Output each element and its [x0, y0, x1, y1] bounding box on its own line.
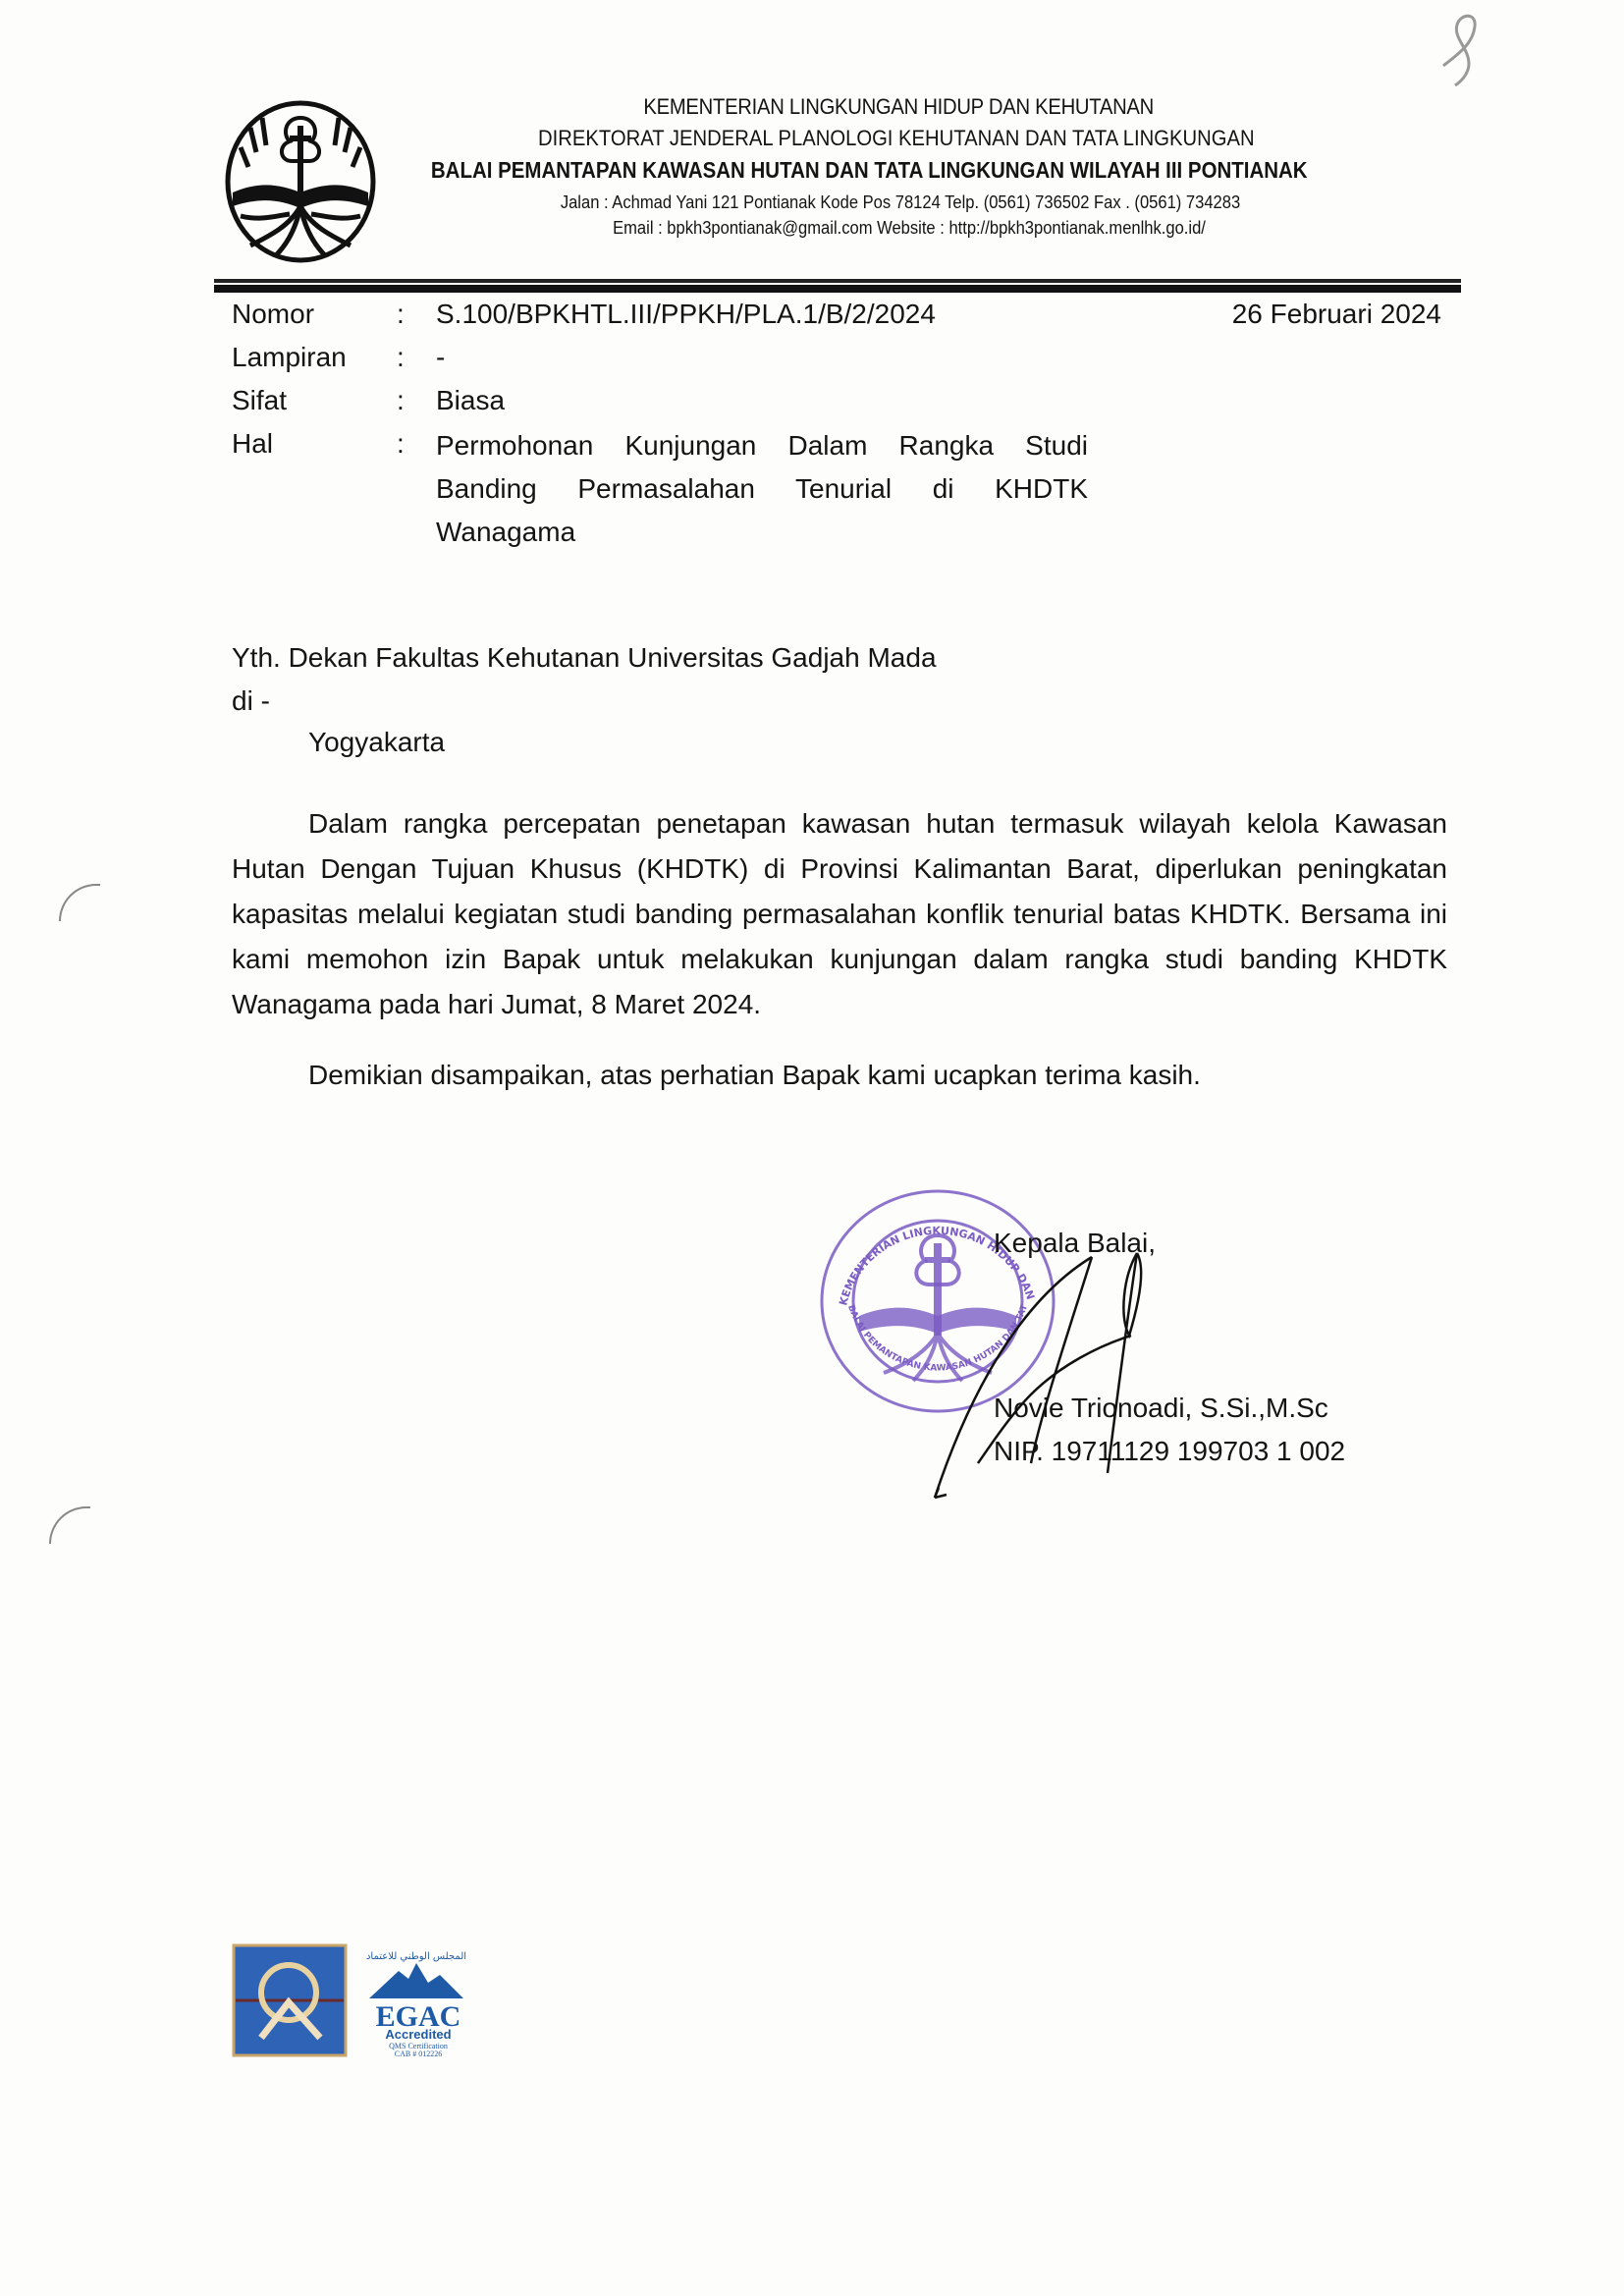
meta-colon: :: [397, 385, 405, 416]
punch-hole-mark: [59, 884, 100, 921]
handwritten-page-number: [1404, 5, 1502, 93]
meta-colon: :: [397, 428, 405, 460]
recipient-city: Yogyakarta: [308, 727, 445, 758]
punch-hole-mark: [49, 1506, 90, 1544]
svg-text:CAB # 012226: CAB # 012226: [395, 2050, 442, 2057]
recipient-di: di -: [232, 685, 270, 717]
meta-label-lampiran: Lampiran: [232, 342, 347, 373]
meta-label-hal: Hal: [232, 428, 273, 460]
directorate-name: DIREKTORAT JENDERAL PLANOLOGI KEHUTANAN …: [499, 126, 1294, 151]
body-paragraph-1: Dalam rangka percepatan penetapan kawasa…: [232, 801, 1447, 1027]
letterhead-divider-thin: [214, 279, 1461, 283]
handwritten-signature: [884, 1218, 1198, 1503]
letter-number: S.100/BPKHTL.III/PPKH/PLA.1/B/2/2024: [436, 299, 936, 330]
egac-accreditation-logo-icon: المجلس الوطني للاعتماد EGAC Accredited Q…: [366, 1951, 466, 2057]
attachment-value: -: [436, 342, 445, 373]
meta-label-sifat: Sifat: [232, 385, 287, 416]
certification-logos: المجلس الوطني للاعتماد EGAC Accredited Q…: [232, 1940, 516, 2057]
ministry-name: KEMENTERIAN LINGKUNGAN HIDUP DAN KEHUTAN…: [619, 94, 1178, 120]
meta-label-nomor: Nomor: [232, 299, 314, 330]
body-paragraph-2: Demikian disampaikan, atas perhatian Bap…: [232, 1053, 1447, 1098]
ministry-logo-icon: [221, 98, 380, 265]
nature-value: Biasa: [436, 385, 505, 416]
office-name: BALAI PEMANTAPAN KAWASAN HUTAN DAN TATA …: [410, 157, 1328, 184]
quality-q-logo-icon: [234, 1945, 346, 2055]
meta-colon: :: [397, 299, 405, 330]
meta-colon: :: [397, 342, 405, 373]
svg-text:Accredited: Accredited: [385, 2027, 451, 2042]
svg-text:المجلس الوطني للاعتماد: المجلس الوطني للاعتماد: [366, 1951, 466, 1962]
letter-date: 26 Februari 2024: [1232, 299, 1441, 330]
letterhead-divider-thick: [214, 285, 1461, 293]
office-address: Jalan : Achmad Yani 121 Pontianak Kode P…: [471, 192, 1329, 213]
office-contact: Email : bpkh3pontianak@gmail.com Website…: [525, 218, 1293, 239]
subject-value: Permohonan Kunjungan Dalam Rangka Studi …: [436, 424, 1088, 554]
recipient-line: Yth. Dekan Fakultas Kehutanan Universita…: [232, 642, 937, 674]
